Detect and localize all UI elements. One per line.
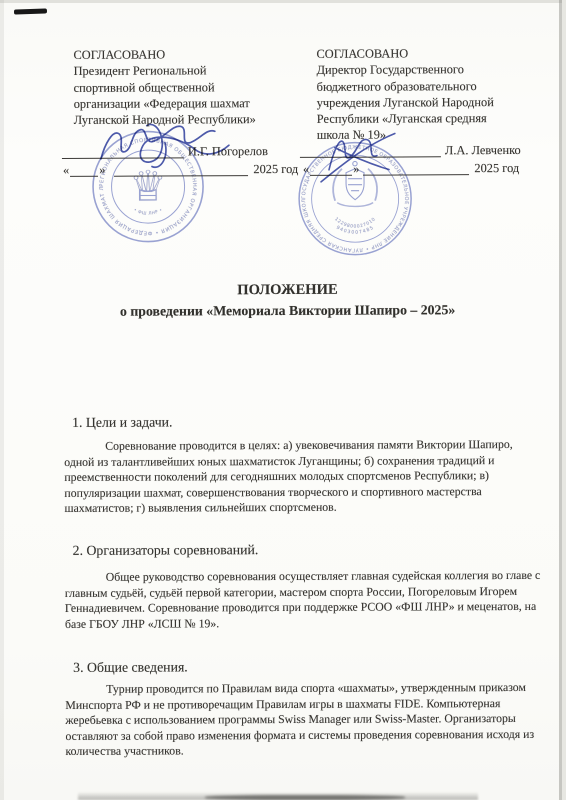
approval-label: СОГЛАСОВАНО [316,45,551,62]
section-paragraph-1: Соревнование проводится в целях: а) увек… [64,437,542,517]
page-edge-right-pale [562,0,566,800]
page-edge-bottom-dark [205,795,405,800]
title-block: ПОЛОЖЕНИЕ о проведении «Мемориала Виктор… [39,282,535,320]
page-edge-left [0,0,4,800]
date-quote: « [303,162,309,176]
section-heading-2: 2. Организаторы соревнований. [73,542,259,559]
approval-label: СОГЛАСОВАНО [73,46,323,63]
signature-scribble-pogorelov [95,116,235,177]
section-paragraph-2: Общее руководство соревнования осуществл… [65,568,543,632]
year-label: 2025 год [253,162,298,176]
section-heading-1: 1. Цели и задачи. [72,414,172,430]
document-subtitle: о проведении «Мемориала Виктории Шапиро … [40,302,536,320]
year-label: 2025 год [474,161,519,175]
signer-name: Л.А. Левченко [445,143,521,157]
document-title: ПОЛОЖЕНИЕ [39,282,535,299]
date-quote: « [63,163,69,177]
scanned-document-page: СОГЛАСОВАНО Президент Региональной спорт… [0,0,566,800]
document-content: СОГЛАСОВАНО Президент Региональной спорт… [0,0,566,800]
section-heading-3: 3. Общие сведения. [73,659,188,675]
section-paragraph-3: Турнир проводится по Правилам вида спорт… [65,680,543,760]
page-edge-top [0,0,566,3]
signature-scribble-levchenko [317,125,407,189]
